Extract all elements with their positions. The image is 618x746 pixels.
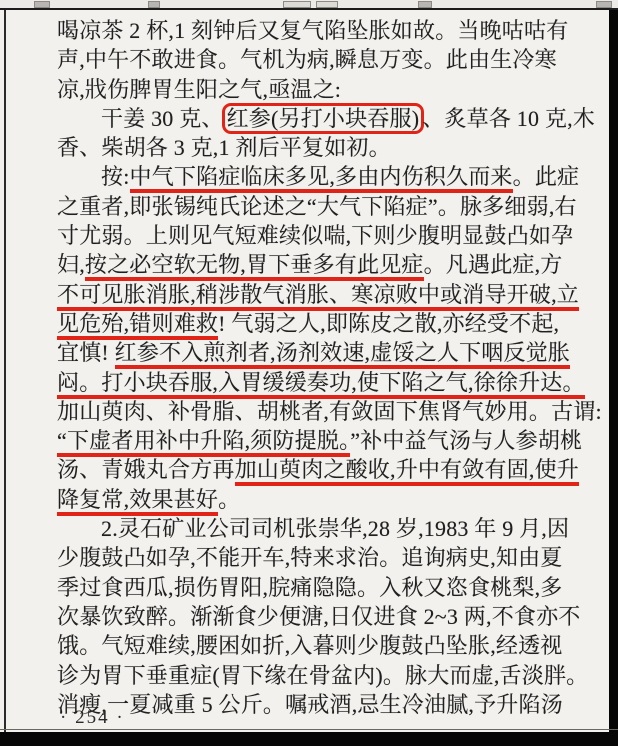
- text-line: 干姜 30 克、红参(另打小块吞服)、炙草各 10 克,木: [57, 104, 602, 133]
- text-segment: 加山萸肉、补骨脂、胡桃者,有敛固下焦肾气妙用。古谓:: [57, 399, 602, 424]
- page-number: · 254 ·: [60, 707, 125, 729]
- scan-black-bar-right: [609, 10, 618, 746]
- text-segment: 次暴饮致醉。渐渐食少便溏,日仅进食 2~3 两,不食亦不: [57, 604, 581, 629]
- text-line: 少腹鼓凸如孕,不能开车,特来求治。追询病史,知由夏: [57, 543, 602, 572]
- text-line: 闷。打小块吞服,入胃缓缓奏功,使下陷之气,徐徐升达。: [57, 368, 602, 397]
- text-line: 按:中气下陷症临床多见,多由内伤积久而来。此症: [57, 162, 602, 191]
- red-boxed-text: 红参(另打小块吞服): [222, 103, 425, 134]
- text-line: 寸尤弱。上则见气短难续似喘,下则少腹明显鼓凸如孕: [57, 221, 602, 250]
- text-line: 加山萸肉、补骨脂、胡桃者,有敛固下焦肾气妙用。古谓:: [57, 397, 602, 426]
- text-segment: 消瘦,一夏减重 5 公斤。嘱戒酒,忌生冷油腻,予升陷汤: [57, 692, 563, 717]
- text-segment: 寸尤弱。上则见气短难续似喘,下则少腹明显鼓凸如孕: [57, 223, 573, 248]
- text-segment: 诊为胃下垂重症(胃下缘在骨盆内)。脉大而虚,舌淡胖。: [57, 663, 588, 688]
- text-segment: 2.灵石矿业公司司机张崇华,28 岁,1983 年 9 月,因: [101, 516, 569, 541]
- text-line: 饿。气短难续,腰困如折,入暮则少腹鼓凸坠胀,经透视: [57, 631, 602, 660]
- text-segment: ! 气弱之人,即陈皮之散,亦经受不起,: [218, 311, 559, 336]
- text-segment: 喝凉茶 2 杯,1 刻钟后又复气陷坠胀如故。当晚咕咕有: [57, 18, 568, 43]
- text-line: 宜慎! 红参不入煎剂者,汤剂效速,虚馁之人下咽反觉胀: [57, 338, 602, 367]
- text-segment: 凉,戕伤脾胃生阳之气,亟温之:: [57, 77, 341, 102]
- text-line: “下虚者用补中升陷,须防提脱。”补中益气汤与人参胡桃: [57, 426, 602, 455]
- scan-artifact: [34, 1, 50, 8]
- text-line: 汤、青娥丸合方再加山萸肉之酸收,升中有敛有固,使升: [57, 455, 602, 484]
- text-segment: 之重者,即张锡纯氏论述之“大气下陷症”。脉多细弱,右: [57, 194, 577, 219]
- text-segment: 。此症: [513, 164, 580, 189]
- red-underlined-text: 降复常,效果甚好: [57, 487, 218, 516]
- text-line: 之重者,即张锡纯氏论述之“大气下陷症”。脉多细弱,右: [57, 192, 602, 221]
- text-line: 降复常,效果甚好。: [57, 485, 602, 514]
- text-segment: 饿。气短难续,腰困如折,入暮则少腹鼓凸坠胀,经透视: [57, 633, 563, 658]
- text-segment: 宜慎!: [57, 340, 115, 365]
- text-line: 季过食西瓜,损伤胃阳,脘痛隐隐。入秋又恣食桃梨,多: [57, 573, 602, 602]
- text-line: 妇,按之必空软无物,胃下垂多有此见症。凡遇此症,方: [57, 250, 602, 279]
- scan-edge-top: [0, 0, 618, 8]
- page-frame-top-line: [0, 8, 618, 10]
- text-segment: 、炙草各 10 克,木: [422, 106, 595, 131]
- text-segment: 季过食西瓜,损伤胃阳,脘痛隐隐。入秋又恣食桃梨,多: [57, 575, 563, 600]
- text-line: 喝凉茶 2 杯,1 刻钟后又复气陷坠胀如故。当晚咕咕有: [57, 16, 602, 45]
- text-segment: 按:: [101, 164, 130, 189]
- text-line: 声,中午不敢进食。气机为病,瞬息万变。此由生冷寒: [57, 45, 602, 74]
- text-line: 2.灵石矿业公司司机张崇华,28 岁,1983 年 9 月,因: [57, 514, 602, 543]
- scan-artifact: [316, 1, 338, 8]
- text-segment: 。凡遇此症,方: [424, 252, 563, 277]
- text-line: 凉,戕伤脾胃生阳之气,亟温之:: [57, 75, 602, 104]
- text-segment: 妇,: [57, 252, 85, 277]
- red-underlined-text: 按之必空软无物,胃下垂多有此见症: [85, 252, 424, 281]
- scan-artifact: [283, 1, 311, 8]
- scan-artifact: [596, 1, 612, 8]
- page-text: 喝凉茶 2 杯,1 刻钟后又复气陷坠胀如故。当晚咕咕有声,中午不敢进食。气机为病…: [57, 16, 602, 719]
- scan-artifact: [148, 1, 160, 8]
- text-segment: 汤、青娥丸合方再: [57, 457, 235, 482]
- red-underlined-text: 见危殆,错则难救: [57, 311, 218, 340]
- text-line: 诊为胃下垂重症(胃下缘在骨盆内)。脉大而虚,舌淡胖。: [57, 661, 602, 690]
- text-line: 消瘦,一夏减重 5 公斤。嘱戒酒,忌生冷油腻,予升陷汤: [57, 690, 602, 719]
- text-line: 次暴饮致醉。渐渐食少便溏,日仅进食 2~3 两,不食亦不: [57, 602, 602, 631]
- red-underlined-text: 红参不入煎剂者,汤剂效速,虚馁之人下咽反觉胀: [115, 340, 570, 369]
- text-line: 不可见胀消胀,稍涉散气消胀、寒凉败中或消导开破,立: [57, 280, 602, 309]
- scanned-page: 喝凉茶 2 杯,1 刻钟后又复气陷坠胀如故。当晚咕咕有声,中午不敢进食。气机为病…: [0, 0, 618, 746]
- text-line: 见危殆,错则难救! 气弱之人,即陈皮之散,亦经受不起,: [57, 309, 602, 338]
- text-segment: 干姜 30 克、: [101, 106, 224, 131]
- text-segment: ”补中益气汤与人参胡桃: [350, 428, 582, 453]
- text-line: 香、柴胡各 3 克,1 剂后平复如初。: [57, 133, 602, 162]
- red-underlined-text: “下虚者用补中升陷,须防提脱。: [57, 428, 350, 457]
- red-underlined-text: 加山萸肉之酸收,升中有敛有固,使升: [235, 457, 579, 486]
- text-segment: 。: [218, 487, 240, 512]
- red-underlined-text: 闷。打小块吞服,入胃缓缓奏功,使下陷之气,徐徐升达。: [57, 370, 585, 399]
- text-segment: 香、柴胡各 3 克,1 剂后平复如初。: [57, 135, 391, 160]
- page-frame-left-line: [4, 10, 6, 732]
- text-segment: 少腹鼓凸如孕,不能开车,特来求治。追询病史,知由夏: [57, 545, 563, 570]
- red-underlined-text: 中气下陷症临床多见,多由内伤积久而来: [130, 164, 513, 193]
- text-segment: 声,中午不敢进食。气机为病,瞬息万变。此由生冷寒: [57, 47, 557, 72]
- red-underlined-text: 不可见胀消胀,稍涉散气消胀、寒凉败中或消导开破,立: [57, 282, 579, 311]
- scan-black-bar-bottom: [0, 732, 618, 746]
- scan-artifact: [418, 1, 432, 8]
